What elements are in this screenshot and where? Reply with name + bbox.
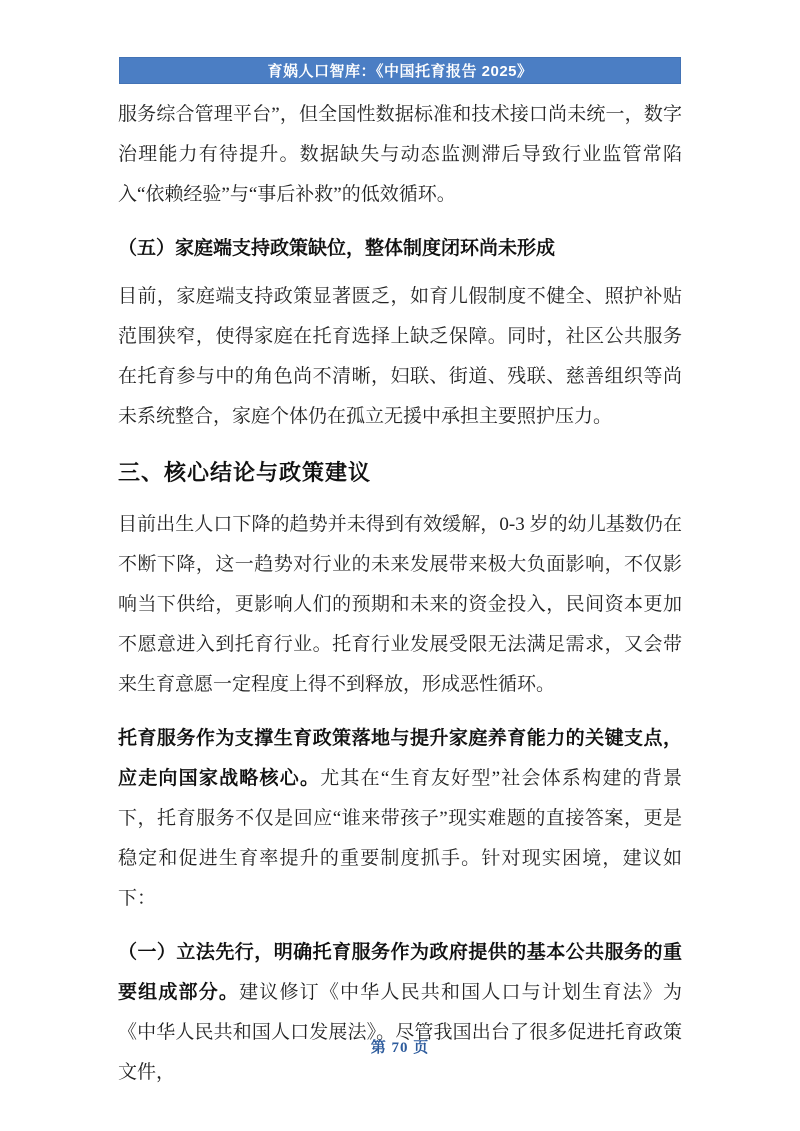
report-header-banner: 育娲人口智库：《中国托育报告 2025》: [119, 57, 681, 84]
paragraph-text: 尤其在“生育友好型”社会体系构建的背景下，托育服务不仅是回应“谁来带孩子”现实难…: [118, 768, 682, 909]
section-heading-text: （五）家庭端支持政策缺位，整体制度闭环尚未形成: [118, 238, 555, 259]
document-body: 服务综合管理平台”，但全国性数据标准和技术接口尚未统一，数字治理能力有待提升。数…: [118, 95, 682, 1107]
page-number: 第 70 页: [0, 1036, 800, 1057]
page-number-text: 第 70 页: [371, 1040, 430, 1056]
report-header-title: 育娲人口智库：《中国托育报告 2025》: [267, 60, 532, 81]
chapter-heading-text: 三、核心结论与政策建议: [118, 460, 371, 485]
paragraph-birth-decline: 目前出生人口下降的趋势并未得到有效缓解，0-3 岁的幼儿基数仍在不断下降，这一趋…: [118, 505, 682, 705]
paragraph-digital-governance: 服务综合管理平台”，但全国性数据标准和技术接口尚未统一，数字治理能力有待提升。数…: [118, 95, 682, 215]
paragraph-text: 服务综合管理平台”，但全国性数据标准和技术接口尚未统一，数字治理能力有待提升。数…: [118, 104, 682, 205]
paragraph-legislation-first: （一）立法先行，明确托育服务作为政府提供的基本公共服务的重要组成部分。建议修订《…: [118, 933, 682, 1093]
paragraph-strategic-core: 托育服务作为支撑生育政策落地与提升家庭养育能力的关键支点，应走向国家战略核心。尤…: [118, 719, 682, 919]
section-heading-family-support: （五）家庭端支持政策缺位，整体制度闭环尚未形成: [118, 229, 682, 269]
report-page: 育娲人口智库：《中国托育报告 2025》 服务综合管理平台”，但全国性数据标准和…: [0, 0, 800, 1131]
paragraph-family-support: 目前，家庭端支持政策显著匮乏，如育儿假制度不健全、照护补贴范围狭窄，使得家庭在托…: [118, 277, 682, 437]
paragraph-text: 目前，家庭端支持政策显著匮乏，如育儿假制度不健全、照护补贴范围狭窄，使得家庭在托…: [118, 286, 682, 427]
paragraph-text: 目前出生人口下降的趋势并未得到有效缓解，0-3 岁的幼儿基数仍在不断下降，这一趋…: [118, 514, 682, 695]
chapter-heading-conclusions: 三、核心结论与政策建议: [118, 451, 682, 495]
